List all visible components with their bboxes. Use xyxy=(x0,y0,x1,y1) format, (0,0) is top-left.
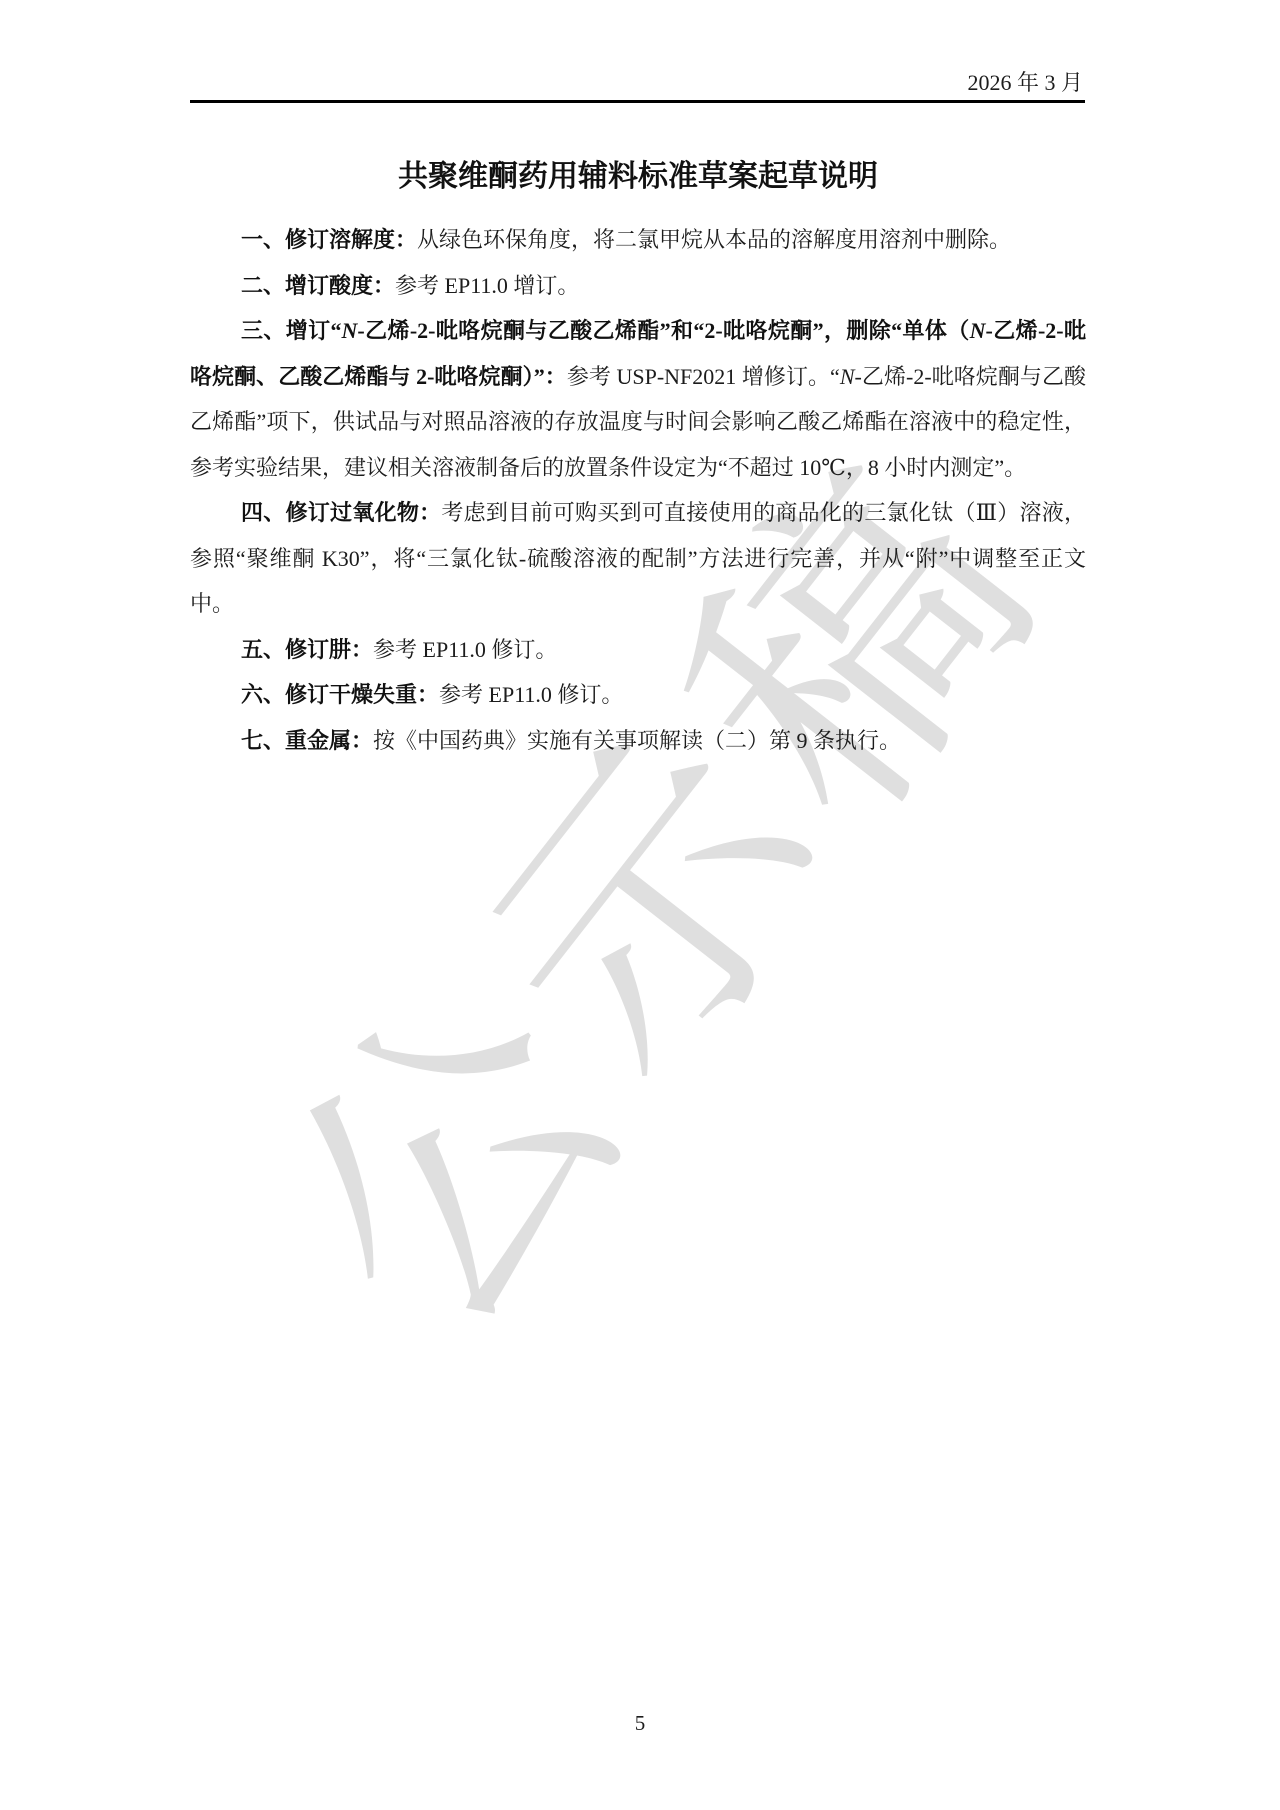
item-2-label: 二、增订酸度： xyxy=(241,273,395,298)
item-5-text: 参考 EP11.0 修订。 xyxy=(373,637,557,662)
header-rule xyxy=(190,100,1085,103)
item-7-text: 按《中国药典》实施有关事项解读（二）第 9 条执行。 xyxy=(373,728,901,753)
item-6-label: 六、修订干燥失重： xyxy=(241,682,439,707)
item-3-text-part: 参考 USP-NF2021 增修订。“ xyxy=(567,364,840,389)
item-3-italic-n: N xyxy=(970,318,986,343)
document-body: 一、修订溶解度：从绿色环保角度，将二氯甲烷从本品的溶解度用溶剂中删除。 二、增订… xyxy=(190,217,1086,763)
item-4-label: 四、修订过氧化物： xyxy=(241,500,441,525)
item-5-label: 五、修订肼： xyxy=(241,637,373,662)
item-3-italic-n: N xyxy=(840,364,855,389)
item-1-label: 一、修订溶解度： xyxy=(241,227,417,252)
paragraph-7-heavy-metals: 七、重金属：按《中国药典》实施有关事项解读（二）第 9 条执行。 xyxy=(190,718,1086,764)
paragraph-2-acidity: 二、增订酸度：参考 EP11.0 增订。 xyxy=(190,263,1086,309)
document-page: 公示稿 2026 年 3 月 共聚维酮药用辅料标准草案起草说明 一、修订溶解度：… xyxy=(0,0,1280,1810)
item-3-label-part: 三、增订“ xyxy=(241,318,342,343)
paragraph-4-peroxides: 四、修订过氧化物：考虑到目前可购买到可直接使用的商品化的三氯化钛（Ⅲ）溶液，参照… xyxy=(190,490,1086,627)
item-7-label: 七、重金属： xyxy=(241,728,373,753)
page-title: 共聚维酮药用辅料标准草案起草说明 xyxy=(190,158,1086,196)
item-6-text: 参考 EP11.0 修订。 xyxy=(439,682,623,707)
item-2-text: 参考 EP11.0 增订。 xyxy=(395,273,579,298)
paragraph-1-solubility: 一、修订溶解度：从绿色环保角度，将二氯甲烷从本品的溶解度用溶剂中删除。 xyxy=(190,217,1086,263)
item-3-label-part: -乙烯-2-吡咯烷酮与乙酸乙烯酯”和“2-吡咯烷酮”，删除“单体（ xyxy=(357,318,969,343)
item-3-italic-n: N xyxy=(342,318,358,343)
page-number: 5 xyxy=(0,1710,1280,1736)
item-1-text: 从绿色环保角度，将二氯甲烷从本品的溶解度用溶剂中删除。 xyxy=(417,227,1011,252)
paragraph-6-loss-on-drying: 六、修订干燥失重：参考 EP11.0 修订。 xyxy=(190,672,1086,718)
paragraph-5-hydrazine: 五、修订肼：参考 EP11.0 修订。 xyxy=(190,627,1086,673)
paragraph-3-monomers: 三、增订“N-乙烯-2-吡咯烷酮与乙酸乙烯酯”和“2-吡咯烷酮”，删除“单体（N… xyxy=(190,308,1086,490)
header-date: 2026 年 3 月 xyxy=(190,70,1083,96)
